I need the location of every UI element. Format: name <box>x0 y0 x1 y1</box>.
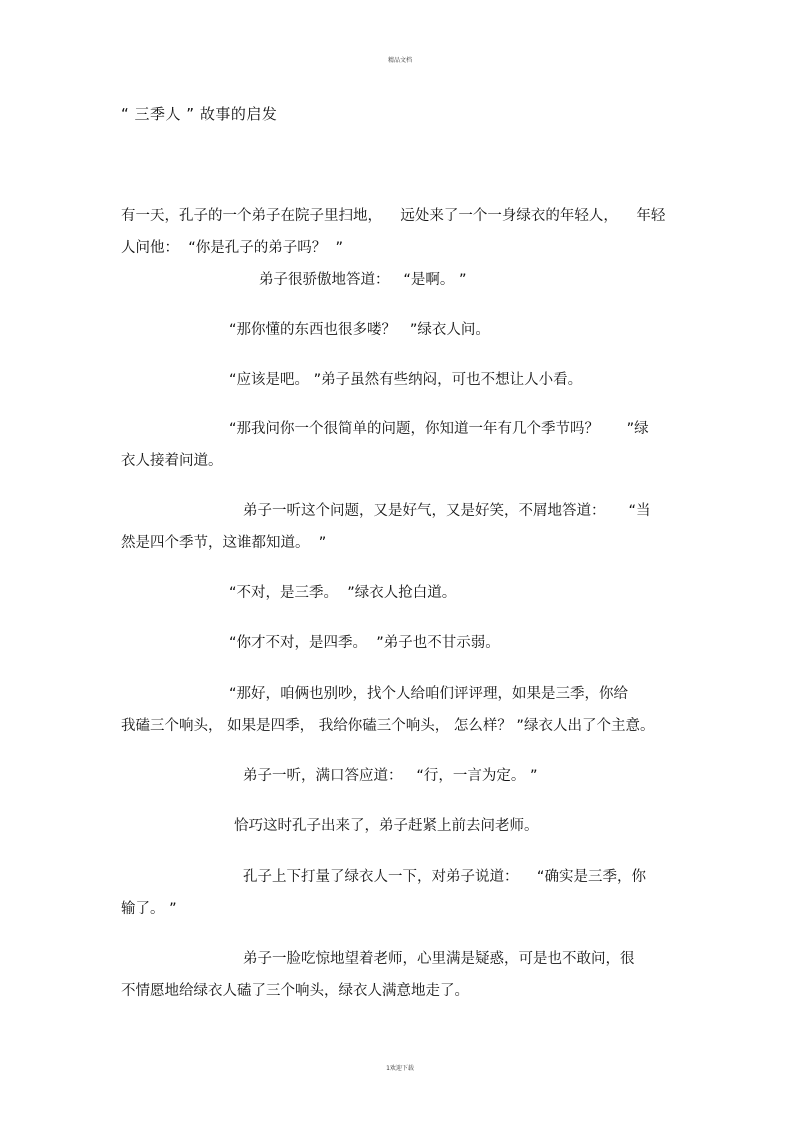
paragraph-line: “那好，咱俩也别吵，找个人给咱们评评理，如果是三季，你给 <box>229 684 628 704</box>
paragraph-line: 恰巧这时孔子出来了，弟子赶紧上前去问老师。 <box>234 816 539 836</box>
paragraph-line: 不情愿地给绿衣人磕了三个响头，绿衣人满意地走了。 <box>121 981 469 1001</box>
paragraph-line: 输了。 ” <box>121 899 177 919</box>
paragraph-line: “你才不对，是四季。 ”弟子也不甘示弱。 <box>229 633 500 653</box>
paragraph-line: 然是四个季节，这谁都知道。 ” <box>121 533 326 553</box>
paragraph-line: 孔子上下打量了绿衣人一下，对弟子说道： “确实是三季，你 <box>243 867 646 887</box>
paragraph-line: 弟子很骄傲地答道： “是啊。 ” <box>259 270 466 290</box>
page-header: 精品文档 <box>0 55 800 64</box>
paragraph-line: 弟子一脸吃惊地望着老师，心里满是疑惑，可是也不敢问，很 <box>243 949 635 969</box>
paragraph-line: 人问他： “你是孔子的弟子吗？ ” <box>121 238 343 258</box>
paragraph-line: “那我问你一个很简单的问题，你知道一年有几个季节吗？ ”绿 <box>229 419 649 439</box>
paragraph-line: 衣人接着问道。 <box>121 451 223 471</box>
paragraph-line: “不对，是三季。 ”绿衣人抢白道。 <box>229 583 456 603</box>
paragraph-line: 弟子一听，满口答应道： “行，一言为定。 ” <box>243 766 537 786</box>
paragraph-line: 有一天，孔子的一个弟子在院子里扫地， 远处来了一个一身绿衣的年轻人， 年轻 <box>121 206 665 226</box>
paragraph-line: 弟子一听这个问题，又是好气，又是好笑，不屑地答道： “当 <box>243 501 651 521</box>
document-title: “ 三季人 ” 故事的启发 <box>121 103 277 124</box>
paragraph-line: “那你懂的东西也很多喽？ ”绿衣人问。 <box>229 320 490 340</box>
page-footer: 1欢迎下载 <box>0 1063 800 1072</box>
paragraph-line: “应该是吧。 ”弟子虽然有些纳闷，可也不想让人小看。 <box>229 370 582 390</box>
paragraph-line: 我磕三个响头， 如果是四季， 我给你磕三个响头， 怎么样？ ”绿衣人出了个主意。 <box>121 716 654 736</box>
